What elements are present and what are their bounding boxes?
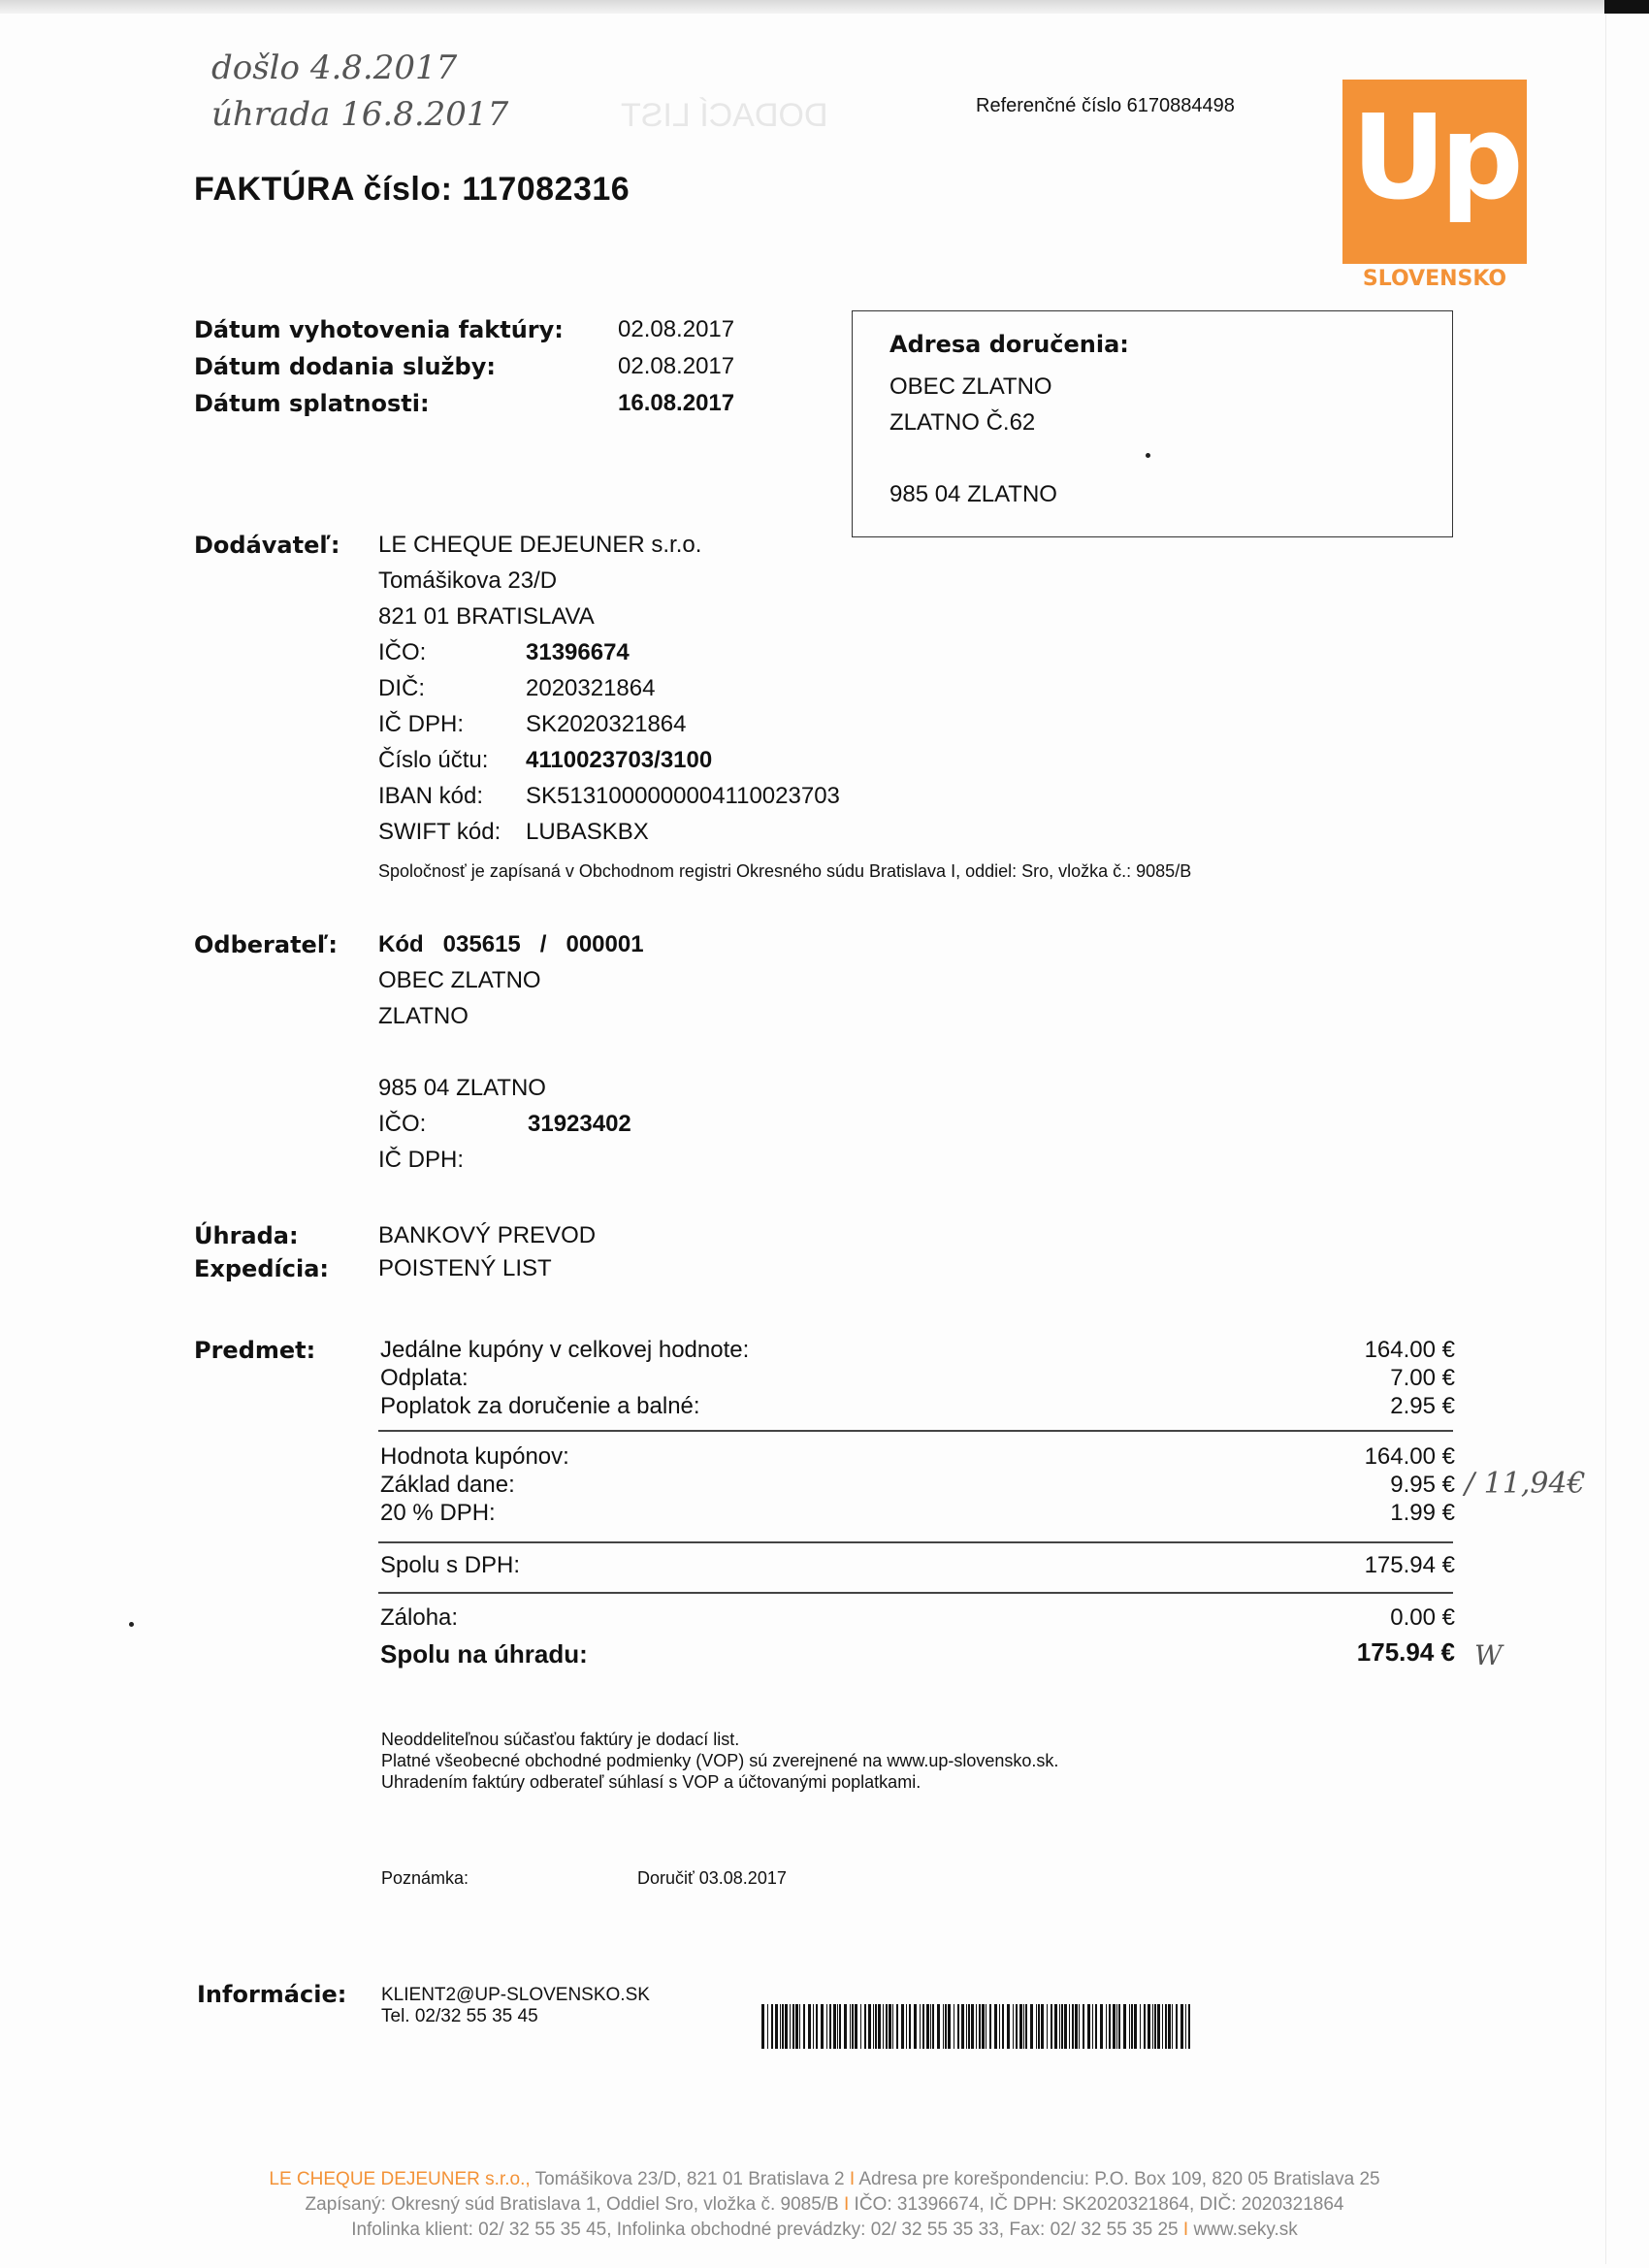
- logo-text: Up: [1342, 91, 1527, 226]
- logo-subtitle: SLOVENSKO: [1342, 267, 1527, 291]
- customer-code-label: Kód: [378, 931, 424, 957]
- reference-label: Referenčné číslo: [976, 95, 1121, 116]
- delivery-address-title: Adresa doručenia:: [889, 331, 1129, 358]
- summary-label: 20 % DPH:: [380, 1500, 496, 1527]
- footer-address: Tomášikova 23/D, 821 01 Bratislava 2: [531, 2169, 850, 2189]
- supplier-label: Dodávateľ:: [194, 532, 339, 559]
- supplier-field-label: IČO:: [378, 639, 426, 666]
- handwritten-check: W: [1474, 1639, 1503, 1671]
- separator-line: [378, 1541, 1453, 1543]
- shipping-method: POISTENÝ LIST: [378, 1255, 552, 1282]
- invoice-number: 117082316: [462, 171, 630, 208]
- info-phone: Tel. 02/32 55 35 45: [381, 2006, 538, 2027]
- barcode: [761, 2004, 1194, 2049]
- footer-registration: Zapísaný: Okresný súd Bratislava 1, Oddi…: [306, 2194, 844, 2215]
- supplier-registration: Spoločnosť je zapísaná v Obchodnom regis…: [378, 861, 1191, 882]
- reference-value: 6170884498: [1127, 95, 1235, 116]
- date-label: Dátum splatnosti:: [194, 390, 430, 417]
- supplier-field-value: SK5131000000004110023703: [526, 783, 840, 810]
- supplier-field-value: 31396674: [526, 639, 630, 666]
- total-with-vat-amount: 175.94 €: [1164, 1552, 1455, 1579]
- title-prefix: FAKTÚRA číslo:: [194, 171, 452, 208]
- customer-street: ZLATNO: [378, 1003, 469, 1030]
- line-item-label: Odplata:: [380, 1365, 469, 1392]
- footer-company: LE CHEQUE DEJEUNER s.r.o.,: [269, 2169, 530, 2189]
- handwritten-vat-sum: / 11,94€: [1465, 1467, 1586, 1501]
- page-edge: [1605, 14, 1606, 2264]
- date-value: 02.08.2017: [618, 316, 734, 343]
- customer-code-separator: /: [540, 931, 547, 957]
- handwritten-vat-sum-value: 11,94€: [1484, 1467, 1586, 1501]
- delivery-address-line: OBEC ZLATNO: [889, 373, 1052, 401]
- footer-line-3: Infolinka klient: 02/ 32 55 35 45, Infol…: [0, 2219, 1649, 2241]
- date-value: 16.08.2017: [618, 390, 734, 417]
- payment-method-label: Úhrada:: [194, 1222, 299, 1249]
- customer-icdph-label: IČ DPH:: [378, 1147, 464, 1174]
- summary-amount: 1.99 €: [1164, 1500, 1455, 1527]
- line-item-label: Poplatok za doručenie a balné:: [380, 1393, 700, 1420]
- bleed-through-text: DODACÍ LIST: [621, 97, 827, 135]
- date-value: 02.08.2017: [618, 353, 734, 380]
- delivery-address-line: ZLATNO Č.62: [889, 409, 1035, 437]
- footer-correspondence: Adresa pre korešpondenciu: P.O. Box 109,…: [855, 2169, 1380, 2189]
- summary-label: Hodnota kupónov:: [380, 1443, 569, 1471]
- deposit-label: Záloha:: [380, 1604, 458, 1632]
- total-due-amount: 175.94 €: [1164, 1637, 1455, 1668]
- summary-label: Základ dane:: [380, 1472, 515, 1499]
- separator-line: [378, 1592, 1453, 1594]
- supplier-city: 821 01 BRATISLAVA: [378, 603, 595, 631]
- date-label: Dátum dodania služby:: [194, 353, 496, 380]
- scan-speck: [129, 1622, 134, 1627]
- customer-name: OBEC ZLATNO: [378, 967, 541, 994]
- supplier-name: LE CHEQUE DEJEUNER s.r.o.: [378, 532, 701, 559]
- summary-amount: 164.00 €: [1164, 1443, 1455, 1471]
- customer-code-value: 035615: [443, 931, 521, 957]
- footer-tax-ids: IČO: 31396674, IČ DPH: SK2020321864, DIČ…: [849, 2194, 1343, 2215]
- reference-number: Referenčné číslo 6170884498: [976, 95, 1235, 117]
- customer-ico-label: IČO:: [378, 1111, 426, 1138]
- supplier-field-value: 2020321864: [526, 675, 655, 702]
- scan-speck: [1146, 453, 1150, 458]
- delivery-address-line: 985 04 ZLATNO: [889, 481, 1057, 508]
- up-logo: Up: [1342, 80, 1527, 264]
- remark-value: Doručiť 03.08.2017: [637, 1868, 787, 1889]
- footer-line-2: Zapísaný: Okresný súd Bratislava 1, Oddi…: [0, 2194, 1649, 2216]
- handwritten-received: došlo 4.8.2017: [211, 49, 457, 87]
- supplier-field-value: 4110023703/3100: [526, 747, 712, 774]
- handwritten-paid: úhrada 16.8.2017: [211, 95, 508, 134]
- customer-code-suffix: 000001: [566, 931, 643, 957]
- footer-line-1: LE CHEQUE DEJEUNER s.r.o., Tomášikova 23…: [0, 2169, 1649, 2190]
- supplier-street: Tomášikova 23/D: [378, 567, 557, 595]
- line-item-amount: 2.95 €: [1164, 1393, 1455, 1420]
- line-item-amount: 7.00 €: [1164, 1365, 1455, 1392]
- info-label: Informácie:: [197, 1981, 346, 2008]
- footer-website[interactable]: www.seky.sk: [1188, 2219, 1298, 2240]
- footer-phones: Infolinka klient: 02/ 32 55 35 45, Infol…: [351, 2219, 1183, 2240]
- supplier-field-label: SWIFT kód:: [378, 819, 501, 846]
- supplier-field-label: IBAN kód:: [378, 783, 483, 810]
- note-line: Neoddeliteľnou súčasťou faktúry je dodac…: [381, 1730, 739, 1750]
- subject-label: Predmet:: [194, 1337, 315, 1364]
- info-email[interactable]: KLIENT2@UP-SLOVENSKO.SK: [381, 1985, 650, 2006]
- supplier-field-value: LUBASKBX: [526, 819, 649, 846]
- supplier-field-label: Číslo účtu:: [378, 747, 488, 774]
- total-with-vat-label: Spolu s DPH:: [380, 1552, 520, 1579]
- deposit-amount: 0.00 €: [1164, 1604, 1455, 1632]
- note-line: Uhradením faktúry odberateľ súhlasí s VO…: [381, 1772, 921, 1793]
- delivery-address-box: Adresa doručenia: OBEC ZLATNO ZLATNO Č.6…: [852, 310, 1453, 537]
- total-due-label: Spolu na úhradu:: [380, 1639, 588, 1669]
- scan-shadow: [0, 0, 1649, 14]
- summary-amount: 9.95 €: [1164, 1472, 1455, 1499]
- shipping-label: Expedícia:: [194, 1255, 329, 1282]
- date-label: Dátum vyhotovenia faktúry:: [194, 316, 564, 343]
- line-item-label: Jedálne kupóny v celkovej hodnote:: [380, 1337, 749, 1364]
- customer-ico: 31923402: [528, 1111, 631, 1138]
- supplier-field-label: DIČ:: [378, 675, 425, 702]
- remark-label: Poznámka:: [381, 1868, 469, 1889]
- supplier-field-value: SK2020321864: [526, 711, 687, 738]
- separator-line: [378, 1430, 1453, 1432]
- line-item-amount: 164.00 €: [1164, 1337, 1455, 1364]
- customer-city: 985 04 ZLATNO: [378, 1075, 546, 1102]
- supplier-field-label: IČ DPH:: [378, 711, 464, 738]
- customer-label: Odberateľ:: [194, 931, 338, 958]
- page-title: FAKTÚRA číslo: 117082316: [194, 171, 630, 209]
- note-line: Platné všeobecné obchodné podmienky (VOP…: [381, 1751, 1058, 1771]
- payment-method: BANKOVÝ PREVOD: [378, 1222, 596, 1249]
- customer-code: Kód 035615 / 000001: [378, 931, 644, 958]
- scan-edge: [1604, 0, 1649, 14]
